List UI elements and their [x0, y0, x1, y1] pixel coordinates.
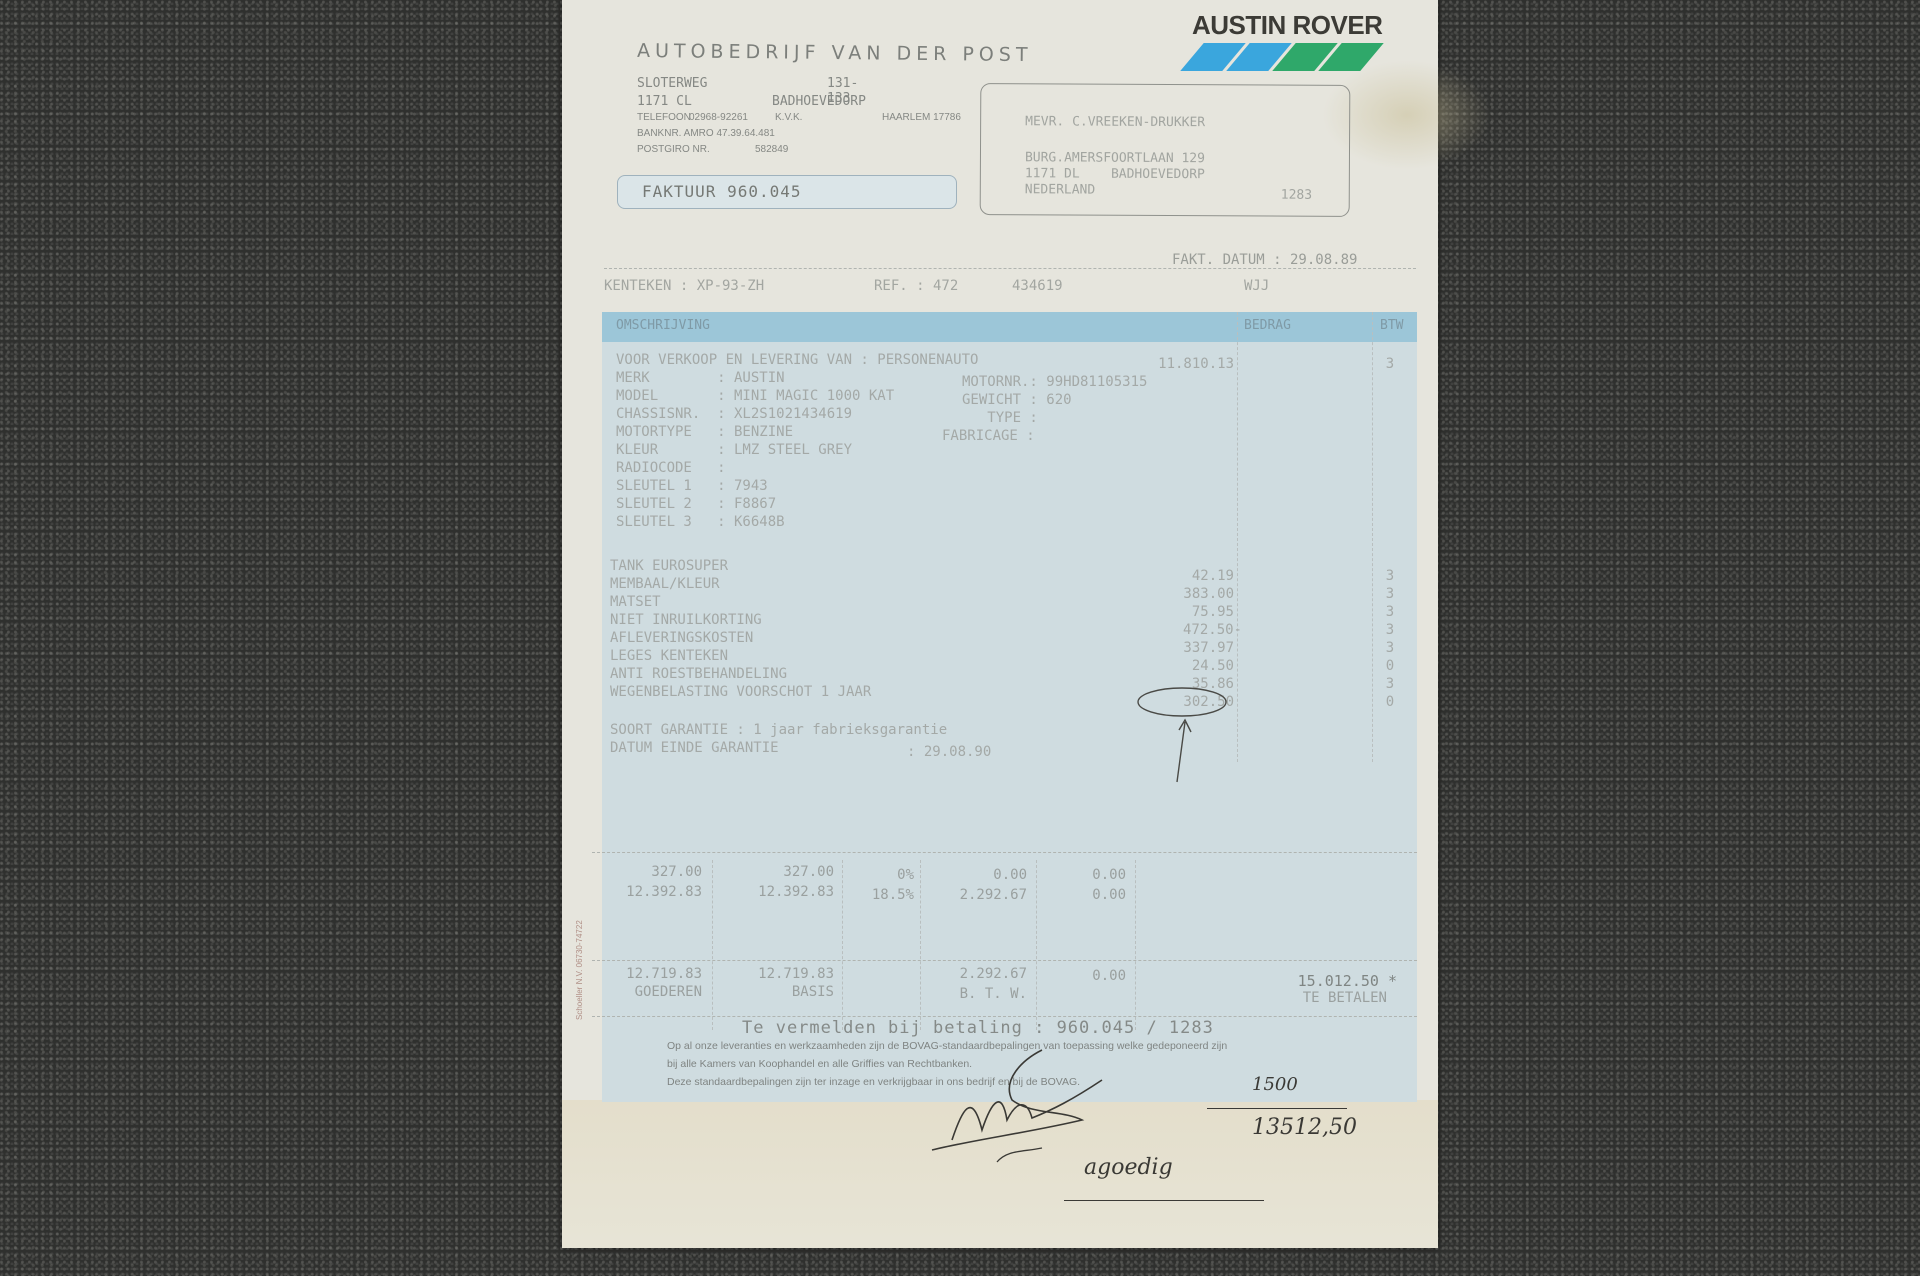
customer-number: 1283 [1281, 188, 1312, 203]
vehicle-vat: 3 [1380, 356, 1400, 372]
recipient-address-box: MEVR. C.VREEKEN-DRUKKER BURG.AMERSFOORTL… [980, 83, 1351, 217]
total-basis: 12.719.83 [722, 966, 834, 982]
item-desc: AFLEVERINGSKOSTEN [610, 630, 753, 646]
vat-basis: 12.392.83 [722, 884, 834, 900]
grand-total: 15.012.50 * [1242, 972, 1397, 990]
vat-extra: 0.00 [1042, 887, 1126, 903]
warranty-end-date: : 29.08.90 [907, 744, 991, 760]
vat-extra: 0.00 [1042, 867, 1126, 883]
warranty-type: SOORT GARANTIE : 1 jaar fabrieksgarantie [610, 722, 947, 738]
vat-amount: 0.00 [932, 867, 1027, 883]
signature-icon [912, 1040, 1112, 1170]
divider [592, 852, 1417, 853]
vat-rate: 18.5% [852, 887, 914, 903]
vehicle-engine-number: MOTORNR.: 99HD81105315 [962, 374, 1147, 390]
kvk: HAARLEM 17786 [882, 112, 961, 123]
license-plate: KENTEKEN : XP-93-ZH [604, 278, 764, 294]
item-desc: MEMBAAL/KLEUR [610, 576, 720, 592]
company-phone-line: TELEFOON 02968-92261 K.V.K. HAARLEM 1778… [637, 112, 997, 123]
company-city: 1171 CL BADHOEVEDORP [637, 94, 937, 109]
item-amount: 24.50 [1162, 658, 1234, 674]
handwritten-net-amount: 13512,50 [1252, 1115, 1357, 1140]
recipient-street: BURG.AMERSFOORTLAAN 129 [1025, 150, 1205, 166]
vehicle-amount: 11.810.13 [1122, 356, 1234, 372]
invoice-number-box: FAKTUUR 960.045 [617, 175, 957, 209]
vat-basis: 327.00 [722, 864, 834, 880]
item-vat: 0 [1380, 658, 1400, 674]
invoice-number: FAKTUUR 960.045 [642, 182, 802, 201]
item-vat: 3 [1380, 640, 1400, 656]
vehicle-manufacture: FABRICAGE : [942, 428, 1035, 444]
divider [592, 960, 1417, 961]
austin-rover-logo: AUSTIN ROVER [1192, 10, 1412, 71]
vehicle-engine-type: MOTORTYPE : BENZINE [616, 424, 793, 440]
total-extra: 0.00 [1042, 968, 1126, 984]
vehicle-key-2: SLEUTEL 2 : F8867 [616, 496, 776, 512]
vat-rate: 0% [852, 867, 914, 883]
vehicle-radiocode: RADIOCODE : [616, 460, 726, 476]
postgiro-label: POSTGIRO NR. [637, 144, 710, 155]
recipient-city: 1171 DL BADHOEVEDORP [1025, 166, 1205, 182]
item-amount: 472.50- [1162, 622, 1242, 638]
item-desc: ANTI ROESTBEHANDELING [610, 666, 787, 682]
item-vat: 3 [1380, 622, 1400, 638]
reference: REF. : 472 [874, 278, 958, 294]
item-desc: WEGENBELASTING VOORSCHOT 1 JAAR [610, 684, 871, 700]
grand-total-label: TE BETALEN [1242, 990, 1387, 1006]
item-amount: 75.95 [1162, 604, 1234, 620]
handwritten-underline [1064, 1200, 1264, 1201]
label-goods: GOEDEREN [602, 984, 702, 1000]
item-amount: 42.19 [1162, 568, 1234, 584]
vehicle-color: KLEUR : LMZ STEEL GREY [616, 442, 852, 458]
invoice-date: FAKT. DATUM : 29.08.89 [1172, 252, 1357, 268]
item-vat: 0 [1380, 694, 1400, 710]
city: BADHOEVEDORP [772, 94, 866, 109]
postcode: 1171 CL [637, 94, 692, 109]
item-desc: TANK EUROSUPER [610, 558, 728, 574]
handwritten-note: agoedig [1084, 1155, 1173, 1180]
handwritten-underline [1207, 1108, 1347, 1109]
company-name: AUTOBEDRIJF VAN DER POST [637, 40, 1033, 66]
table-header: OMSCHRIJVING BEDRAG BTW [602, 312, 1417, 342]
invoice-paper: AUSTIN ROVER AUTOBEDRIJF VAN DER POST SL… [562, 0, 1438, 1248]
vehicle-key-1: SLEUTEL 1 : 7943 [616, 478, 768, 494]
vehicle-weight: GEWICHT : 620 [962, 392, 1072, 408]
total-goods: 12.719.83 [602, 966, 702, 982]
item-amount: 383.00 [1162, 586, 1234, 602]
vehicle-make: MERK : AUSTIN [616, 370, 785, 386]
vat-amount: 2.292.67 [932, 887, 1027, 903]
salesperson-initials: WJJ [1244, 278, 1269, 294]
item-vat: 3 [1380, 586, 1400, 602]
label-basis: BASIS [722, 984, 834, 1000]
vehicle-model: MODEL : MINI MAGIC 1000 KAT [616, 388, 894, 404]
item-amount: 337.97 [1162, 640, 1234, 656]
phone-label: TELEFOON [637, 112, 691, 123]
sale-intro: VOOR VERKOOP EN LEVERING VAN : PERSONENA… [616, 352, 978, 368]
column-separator [920, 860, 921, 1030]
reference-number: 434619 [1012, 278, 1063, 294]
street: SLOTERWEG [637, 76, 707, 91]
vehicle-type: TYPE : [962, 410, 1038, 426]
divider [592, 1016, 1417, 1017]
line-items-table: OMSCHRIJVING BEDRAG BTW VOOR VERKOOP EN … [602, 312, 1417, 1102]
total-vat: 2.292.67 [932, 966, 1027, 982]
company-bank: BANKNR. AMRO 47.39.64.481 [637, 128, 775, 139]
header-vat: BTW [1380, 318, 1403, 333]
item-desc: LEGES KENTEKEN [610, 648, 728, 664]
phone: 02968-92261 [689, 112, 748, 123]
recipient-name: MEVR. C.VREEKEN-DRUKKER [1025, 114, 1205, 130]
divider [604, 268, 1416, 269]
vehicle-key-3: SLEUTEL 3 : K6648B [616, 514, 785, 530]
column-separator [1135, 860, 1136, 1030]
vehicle-chassis: CHASSISNR. : XL2S1021434619 [616, 406, 852, 422]
item-vat: 3 [1380, 676, 1400, 692]
column-separator [712, 860, 713, 1030]
column-separator [1036, 860, 1037, 1030]
handwritten-deduction: 1500 [1252, 1074, 1298, 1095]
item-vat: 3 [1380, 568, 1400, 584]
column-separator [1372, 312, 1373, 762]
logo-stripes-icon [1192, 43, 1412, 71]
kvk-label: K.V.K. [775, 112, 802, 123]
header-description: OMSCHRIJVING [616, 318, 710, 333]
printer-mark: Schoeller N.V. 06730-74722 [575, 920, 584, 1020]
vat-goods: 327.00 [602, 864, 702, 880]
header-amount: BEDRAG [1244, 318, 1291, 333]
item-desc: NIET INRUILKORTING [610, 612, 762, 628]
company-postgiro: POSTGIRO NR. 582849 [637, 144, 837, 155]
vat-goods: 12.392.83 [602, 884, 702, 900]
column-separator [842, 860, 843, 1030]
warranty-end-label: DATUM EINDE GARANTIE [610, 740, 779, 756]
item-desc: MATSET [610, 594, 661, 610]
payment-reference: Te vermelden bij betaling : 960.045 / 12… [742, 1018, 1214, 1038]
circled-amount-annotation-icon [1127, 682, 1247, 792]
postgiro: 582849 [755, 144, 788, 155]
company-street: SLOTERWEG 131-133 [637, 76, 707, 91]
item-vat: 3 [1380, 604, 1400, 620]
recipient-country: NEDERLAND [1025, 182, 1096, 197]
label-vat: B. T. W. [932, 986, 1027, 1002]
logo-text: AUSTIN ROVER [1192, 10, 1412, 41]
